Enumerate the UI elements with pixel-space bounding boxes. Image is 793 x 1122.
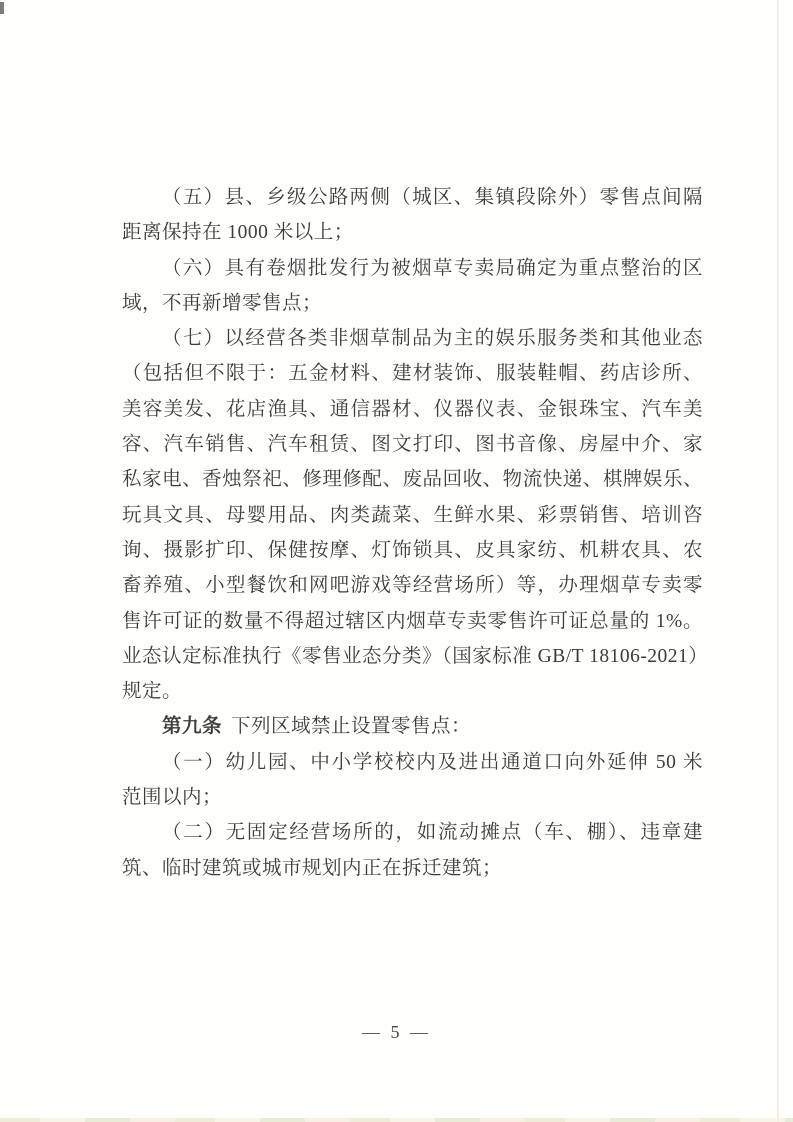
- text-line: 范围以内；: [122, 780, 703, 815]
- text-line: 售许可证的数量不得超过辖区内烟草专卖零售许可证总量的 1%。: [122, 604, 703, 639]
- text-run: 容、汽车销售、汽车租赁、图文打印、图书音像、房屋中介、家: [122, 434, 703, 455]
- text-run: 范围以内；: [122, 787, 222, 808]
- text-run: 域，不再新增零售点；: [122, 293, 322, 314]
- scanned-document: { "colors": { "page_background": "#fefef…: [0, 0, 793, 1122]
- text-line: （二）无固定经营场所的，如流动摊点（车、棚）、违章建: [122, 815, 703, 850]
- text-line: 畜养殖、小型餐饮和网吧游戏等经营场所）等，办理烟草专卖零: [122, 568, 703, 603]
- text-line: 第九条下列区域禁止设置零售点：: [122, 709, 703, 744]
- text-run: （七）以经营各类非烟草制品为主的娱乐服务类和其他业态: [162, 328, 703, 349]
- scan-artifact-top-corner: [0, 2, 4, 14]
- text-run: 玩具文具、母婴用品、肉类蔬菜、生鲜水果、彩票销售、培训咨: [122, 505, 703, 526]
- text-run: （二）无固定经营场所的，如流动摊点（车、棚）、违章建: [162, 822, 703, 843]
- text-line: 容、汽车销售、汽车租赁、图文打印、图书音像、房屋中介、家: [122, 427, 703, 462]
- text-run: 距离保持在 1000 米以上；: [122, 222, 354, 243]
- text-run: 筑、临时建筑或城市规划内正在拆迁建筑；: [122, 858, 502, 879]
- text-line: （六）具有卷烟批发行为被烟草专卖局确定为重点整治的区: [122, 251, 703, 286]
- text-run: （六）具有卷烟批发行为被烟草专卖局确定为重点整治的区: [162, 258, 703, 279]
- text-line: 玩具文具、母婴用品、肉类蔬菜、生鲜水果、彩票销售、培训咨: [122, 498, 703, 533]
- text-line: 私家电、香烛祭祀、修理修配、废品回收、物流快递、棋牌娱乐、: [122, 462, 703, 497]
- scan-artifact-right-edge: [777, 0, 779, 1122]
- text-run: 询、摄影扩印、保健按摩、灯饰锁具、皮具家纺、机耕农具、农: [122, 540, 703, 561]
- document-page: （五）县、乡级公路两侧（城区、集镇段除外）零售点间隔距离保持在 1000 米以上…: [0, 0, 793, 1122]
- text-line: 规定。: [122, 674, 703, 709]
- text-line: 业态认定标准执行《零售业态分类》（国家标准 GB/T 18106-2021）: [122, 639, 703, 674]
- text-line: （七）以经营各类非烟草制品为主的娱乐服务类和其他业态: [122, 321, 703, 356]
- text-line: （包括但不限于：五金材料、建材装饰、服装鞋帽、药店诊所、: [122, 356, 703, 391]
- text-run: （包括但不限于：五金材料、建材装饰、服装鞋帽、药店诊所、: [122, 363, 703, 384]
- text-run: 美容美发、花店渔具、通信器材、仪器仪表、金银珠宝、汽车美: [122, 399, 703, 420]
- text-run: （一）幼儿园、中小学校校内及进出通道口向外延伸 50 米: [162, 752, 703, 773]
- text-line: 距离保持在 1000 米以上；: [122, 215, 703, 250]
- article-number-heading: 第九条: [162, 716, 222, 737]
- scan-artifact-bottom-edge: [0, 1118, 793, 1122]
- page-number: — 5 —: [362, 1022, 431, 1042]
- text-line: （一）幼儿园、中小学校校内及进出通道口向外延伸 50 米: [122, 745, 703, 780]
- document-body: （五）县、乡级公路两侧（城区、集镇段除外）零售点间隔距离保持在 1000 米以上…: [122, 180, 703, 886]
- text-run: （五）县、乡级公路两侧（城区、集镇段除外）零售点间隔: [162, 187, 703, 208]
- text-run: 售许可证的数量不得超过辖区内烟草专卖零售许可证总量的 1%。: [122, 611, 703, 632]
- text-line: 美容美发、花店渔具、通信器材、仪器仪表、金银珠宝、汽车美: [122, 392, 703, 427]
- text-line: 询、摄影扩印、保健按摩、灯饰锁具、皮具家纺、机耕农具、农: [122, 533, 703, 568]
- page-footer: — 5 —: [0, 1018, 793, 1046]
- text-run: 规定。: [122, 681, 182, 702]
- text-line: 域，不再新增零售点；: [122, 286, 703, 321]
- text-line: 筑、临时建筑或城市规划内正在拆迁建筑；: [122, 851, 703, 886]
- text-run: 下列区域禁止设置零售点：: [231, 716, 471, 737]
- text-run: 畜养殖、小型餐饮和网吧游戏等经营场所）等，办理烟草专卖零: [122, 575, 703, 596]
- text-run: 私家电、香烛祭祀、修理修配、废品回收、物流快递、棋牌娱乐、: [122, 469, 703, 490]
- text-run: 业态认定标准执行《零售业态分类》（国家标准 GB/T 18106-2021）: [122, 646, 703, 667]
- text-line: （五）县、乡级公路两侧（城区、集镇段除外）零售点间隔: [122, 180, 703, 215]
